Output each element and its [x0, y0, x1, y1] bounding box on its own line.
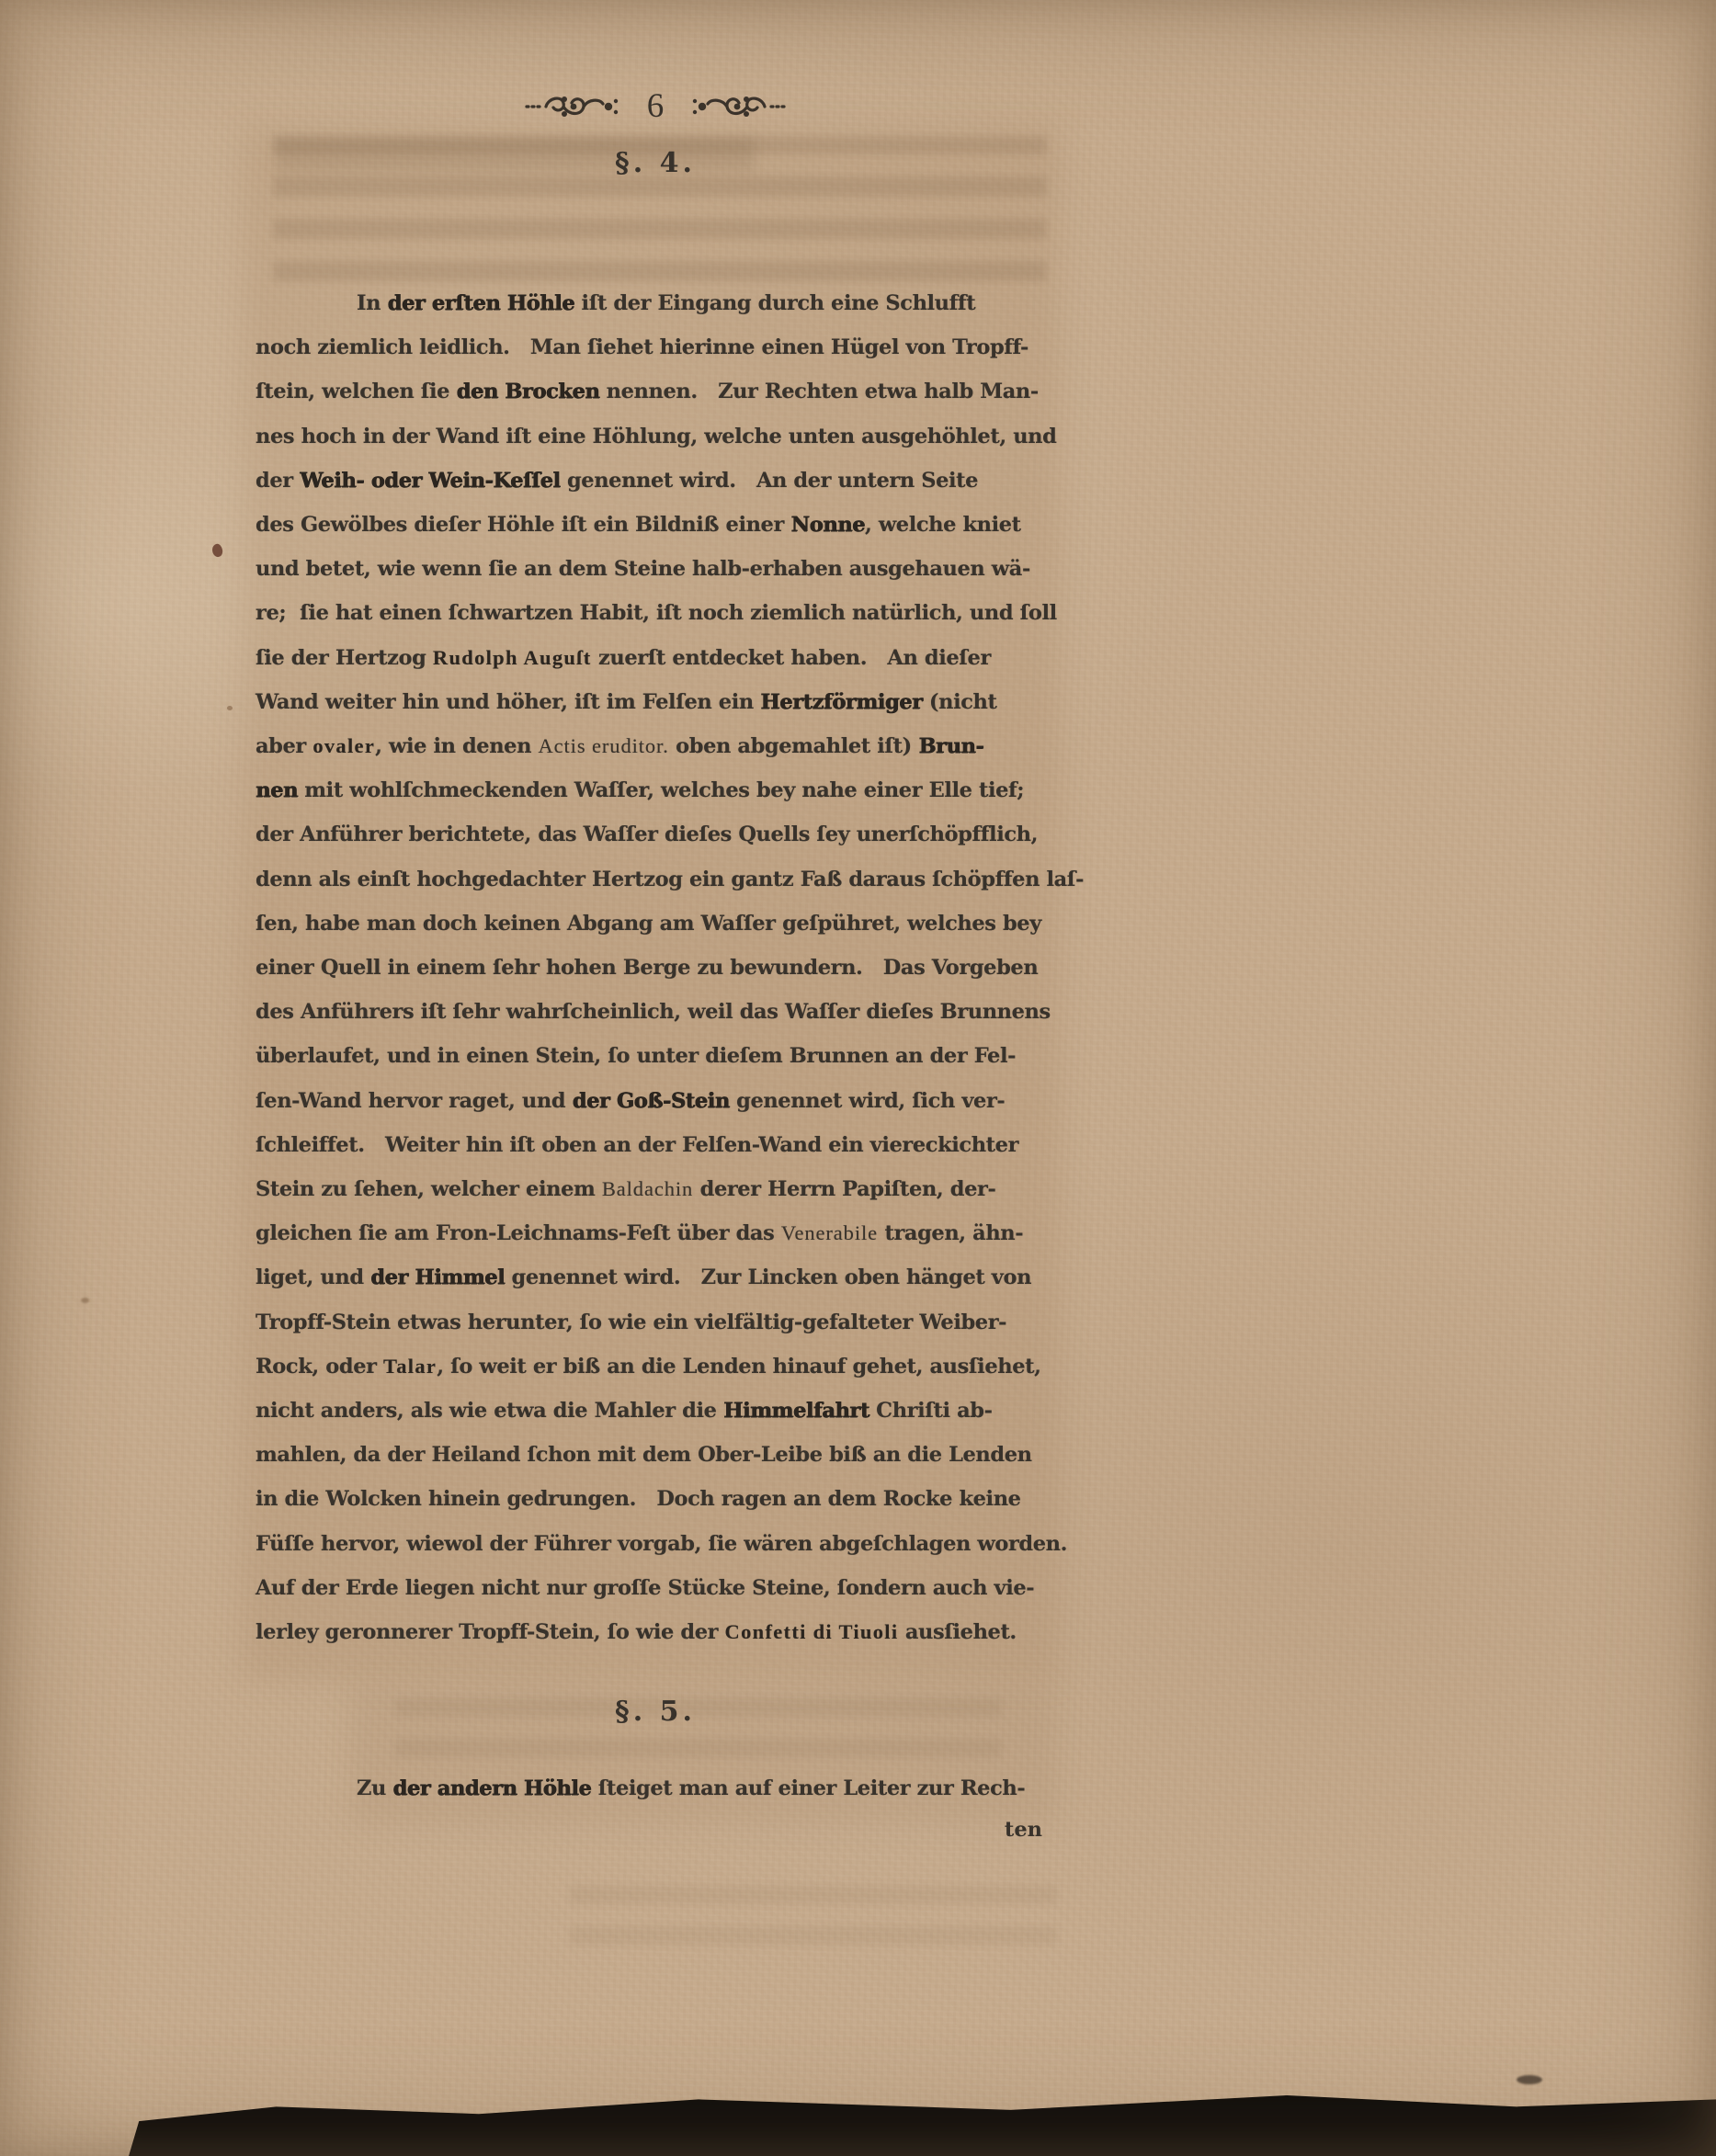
fraktur-text: Wand weiter hin und höher, iſt im Felſen… [256, 690, 760, 714]
fraktur-text: ſen-Wand hervor raget, und [256, 1089, 573, 1113]
text-line: Füſſe hervor, wiewol der Führer vorgab, … [256, 1522, 1057, 1566]
antiqua-text: Venerabile [781, 1221, 878, 1244]
antiqua-text: Talar [383, 1355, 437, 1378]
fraktur-text: nicht anders, als wie etwa die Mahler di… [256, 1399, 723, 1423]
text-line: der Weih- oder Wein-Keſſel genennet wird… [256, 459, 1057, 503]
text-line: einer Quell in einem ſehr hohen Berge zu… [256, 946, 1057, 990]
text-line: des Anführers iſt ſehr wahrſcheinlich, w… [256, 990, 1057, 1034]
text-line: in die Wolcken hinein gedrungen. Doch ra… [256, 1477, 1057, 1521]
text-line: des Gewölbes dieſer Höhle iſt ein Bildni… [256, 503, 1057, 547]
fraktur-text: Chriſti ab- [869, 1399, 993, 1423]
fraktur-text: ſchleiffet. Weiter hin iſt oben an der F… [256, 1133, 1018, 1157]
fraktur-text: ſen, habe man doch keinen Abgang am Waſſ… [256, 912, 1041, 936]
fraktur-text: lerley geronnerer Tropff-Stein, ſo wie d… [256, 1620, 725, 1644]
fraktur-text: genennet wird. An der untern Seite [561, 469, 979, 493]
fraktur-text: Tropff-Stein etwas herunter, ſo wie ein … [256, 1311, 1006, 1334]
fleuron-ornament-right-icon [688, 90, 787, 123]
text-line: nen mit wohlſchmeckenden Waſſer, welches… [256, 768, 1057, 812]
verso-show-through-text [570, 1867, 1057, 1945]
fraktur-text: der Anführer berichtete, das Waſſer dieſ… [256, 823, 1038, 846]
section-4-heading: §. 4. [256, 147, 1055, 179]
fraktur-text: Auf der Erde liegen nicht nur groſſe Stü… [256, 1576, 1034, 1600]
text-line: ſen-Wand hervor raget, und der Goß-Stein… [256, 1079, 1057, 1123]
text-line: Rock, oder Talar, ſo weit er biß an die … [256, 1345, 1057, 1389]
fraktur-text: derer Herrn Papiſten, der- [693, 1177, 995, 1201]
fraktur-text: ſtein, welchen ſie [256, 380, 457, 403]
antiqua-text: Baldachin [602, 1177, 693, 1200]
text-line: lerley geronnerer Tropff-Stein, ſo wie d… [256, 1610, 1057, 1654]
text-line: Wand weiter hin und höher, iſt im Felſen… [256, 680, 1057, 724]
fraktur-text: zuerſt entdecket haben. An dieſer [592, 646, 991, 670]
fraktur-text: Stein zu ſehen, welcher einem [256, 1177, 602, 1201]
fraktur-text: nen [256, 778, 298, 802]
fraktur-text: re; ſie hat einen ſchwartzen Habit, iſt … [256, 601, 1057, 625]
fraktur-text: den Brocken [457, 380, 600, 403]
section-4-paragraph: In der erſten Höhle iſt der Eingang durc… [256, 281, 1057, 1654]
fraktur-text: In [357, 291, 388, 315]
page-number: 6 [647, 86, 665, 127]
text-line: ſie der Hertzog Rudolph Auguſt zuerſt en… [256, 636, 1057, 680]
fraktur-text: , wie in denen [375, 734, 538, 758]
catchword: ten [256, 1818, 1042, 1842]
antiqua-text: ovaler [313, 734, 375, 757]
fraktur-text: liget, und [256, 1265, 370, 1289]
text-line: aber ovaler, wie in denen Actis eruditor… [256, 724, 1057, 768]
text-line: mahlen, da der Heiland ſchon mit dem Obe… [256, 1433, 1057, 1477]
text-line: und betet, wie wenn ſie an dem Steine ha… [256, 547, 1057, 591]
text-line: ſen, habe man doch keinen Abgang am Waſſ… [256, 902, 1057, 946]
fraktur-text: aber [256, 734, 313, 758]
edge-stain [1517, 2075, 1542, 2084]
fraktur-text: der Himmel [370, 1265, 505, 1289]
text-line: liget, und der Himmel genennet wird. Zur… [256, 1255, 1057, 1299]
text-line: gleichen ſie am Fron-Leichnams-Feſt über… [256, 1211, 1057, 1255]
fraktur-text: iſt der Eingang durch eine Schlufft [574, 291, 975, 315]
ink-stain [227, 706, 233, 710]
fraktur-text: Hertzförmiger [760, 690, 922, 714]
fraktur-text: Himmelfahrt [723, 1399, 869, 1423]
text-line: Auf der Erde liegen nicht nur groſſe Stü… [256, 1566, 1057, 1610]
fraktur-text: der andern Höhle [392, 1776, 591, 1800]
text-line: ſchleiffet. Weiter hin iſt oben an der F… [256, 1123, 1057, 1167]
fraktur-text: der Goß-Stein [573, 1089, 730, 1113]
fraktur-text: Weih- oder Wein-Keſſel [300, 469, 560, 493]
fraktur-text: nes hoch in der Wand iſt eine Höhlung, w… [256, 425, 1056, 448]
fraktur-text: genennet wird, ſich ver- [730, 1089, 1006, 1113]
fraktur-text: des Anführers iſt ſehr wahrſcheinlich, w… [256, 1000, 1051, 1024]
text-line: Stein zu ſehen, welcher einem Baldachin … [256, 1167, 1057, 1211]
fraktur-text: tragen, ähn- [878, 1221, 1023, 1245]
fraktur-text: , ſo weit er biß an die Lenden hinauf ge… [437, 1355, 1040, 1379]
book-page-scan: 6 §. 4. In der erſten Höhle iſt der Eing… [0, 0, 1716, 2156]
fleuron-ornament-left-icon [524, 90, 623, 123]
text-line: In der erſten Höhle iſt der Eingang durc… [256, 281, 1057, 325]
text-line: noch ziemlich leidlich. Man ſiehet hieri… [256, 325, 1057, 369]
text-line: Tropff-Stein etwas herunter, ſo wie ein … [256, 1300, 1057, 1345]
fraktur-text: mit wohlſchmeckenden Waſſer, welches bey… [298, 778, 1024, 802]
fraktur-text: , welche kniet [865, 513, 1021, 537]
text-line: denn als einſt hochgedachter Hertzog ein… [256, 857, 1057, 902]
fraktur-text: ſie der Hertzog [256, 646, 433, 670]
fraktur-text: der [256, 469, 300, 493]
fraktur-text: Brun- [918, 734, 983, 758]
fraktur-text: ſteiget man auf einer Leiter zur Rech- [591, 1776, 1025, 1800]
fraktur-text: und betet, wie wenn ſie an dem Steine ha… [256, 557, 1030, 581]
text-line: re; ſie hat einen ſchwartzen Habit, iſt … [256, 591, 1057, 635]
fraktur-text: Rock, oder [256, 1355, 383, 1379]
text-line: der Anführer berichtete, das Waſſer dieſ… [256, 812, 1057, 857]
text-line: ſtein, welchen ſie den Brocken nennen. Z… [256, 369, 1057, 414]
fraktur-text: denn als einſt hochgedachter Hertzog ein… [256, 868, 1084, 891]
fraktur-text: (nicht [922, 690, 996, 714]
section-5-heading: §. 5. [256, 1696, 1055, 1728]
ink-stain [210, 542, 224, 558]
fraktur-text: in die Wolcken hinein gedrungen. Doch ra… [256, 1487, 1021, 1511]
text-line: überlaufet, und in einen Stein, ſo unter… [256, 1034, 1057, 1078]
fraktur-text: einer Quell in einem ſehr hohen Berge zu… [256, 956, 1038, 980]
text-line: nicht anders, als wie etwa die Mahler di… [256, 1389, 1057, 1433]
fraktur-text: noch ziemlich leidlich. Man ſiehet hieri… [256, 335, 1028, 359]
fraktur-text: der erſten Höhle [388, 291, 575, 315]
section-5-paragraph: Zu der andern Höhle ſteiget man auf eine… [256, 1766, 1057, 1810]
fraktur-text: Nonne [790, 513, 865, 537]
fraktur-text: mahlen, da der Heiland ſchon mit dem Obe… [256, 1443, 1032, 1467]
fraktur-text: ausſiehet. [898, 1620, 1016, 1644]
fraktur-text: Zu [357, 1776, 392, 1800]
page-bottom-torn-edge [0, 2075, 1716, 2156]
fraktur-text: nennen. Zur Rechten etwa halb Man- [599, 380, 1039, 403]
text-line: Zu der andern Höhle ſteiget man auf eine… [256, 1766, 1057, 1810]
fraktur-text: überlaufet, und in einen Stein, ſo unter… [256, 1044, 1016, 1068]
fraktur-text: gleichen ſie am Fron-Leichnams-Feſt über… [256, 1221, 781, 1245]
fraktur-text: oben abgemahlet iſt) [669, 734, 919, 758]
antiqua-text: Rudolph Auguſt [433, 646, 592, 669]
fraktur-text: genennet wird. Zur Lincken oben hänget v… [505, 1265, 1031, 1289]
antiqua-text: Actis eruditor. [539, 734, 669, 757]
fraktur-text: Füſſe hervor, wiewol der Führer vorgab, … [256, 1532, 1067, 1556]
antiqua-text: Confetti di Tiuoli [725, 1620, 899, 1643]
running-head: 6 [256, 86, 1055, 127]
fraktur-text: des Gewölbes dieſer Höhle iſt ein Bildni… [256, 513, 790, 537]
paper-blemish [81, 1298, 89, 1303]
text-line: nes hoch in der Wand iſt eine Höhlung, w… [256, 414, 1057, 459]
